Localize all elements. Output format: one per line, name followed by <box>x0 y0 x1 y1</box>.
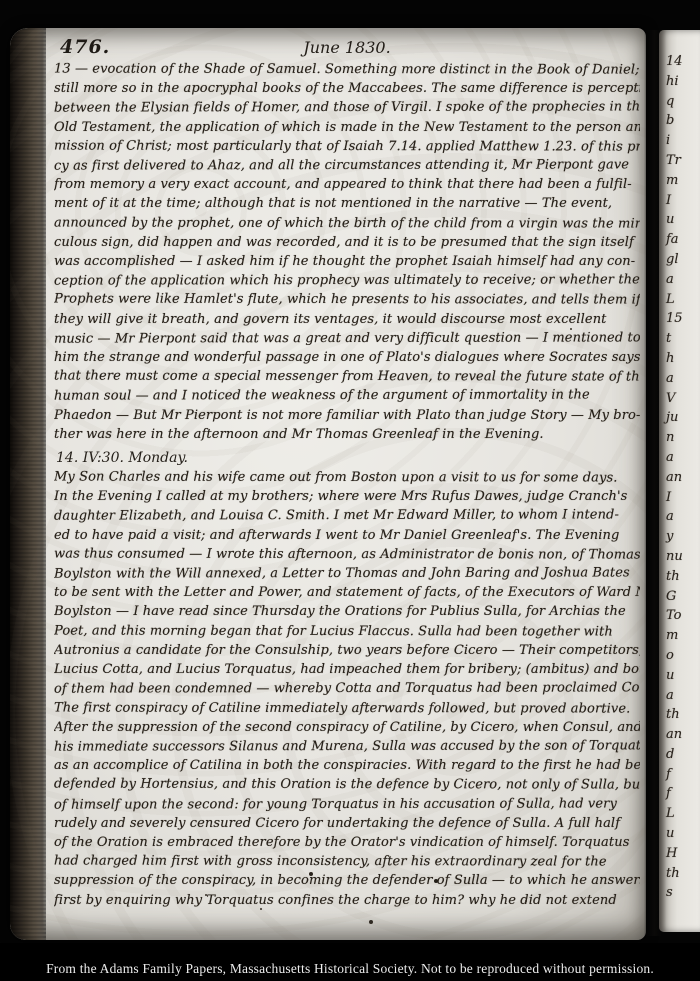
manuscript-line: was thus consumed — I wrote this afterno… <box>54 544 640 564</box>
facing-page-fragment: a <box>666 686 700 706</box>
facing-page-fragment: s <box>666 883 700 903</box>
facing-page-fragment: ju <box>666 408 700 428</box>
diary-entry-june-14: 14. IV:30. Monday. My Son Charles and hi… <box>54 450 640 910</box>
facing-page-fragment: fa <box>666 230 700 250</box>
manuscript-line: first by enquiring why Torquatus confine… <box>54 891 640 910</box>
manuscript-line: culous sign, did happen and was recorded… <box>54 233 640 252</box>
facing-page-fragment: a <box>666 369 700 389</box>
manuscript-line: Autronius a candidate for the Consulship… <box>54 641 640 660</box>
facing-page-fragment: i <box>666 131 700 151</box>
facing-page-fragment: 14 <box>666 52 700 72</box>
header-date: June 1830. <box>54 34 640 57</box>
manuscript-line: daughter Elizabeth, and Louisa C. Smith.… <box>54 506 640 526</box>
facing-page-edge: 14hiqbiTrmIufaglaL15thaVjunaanIaynuthGTo… <box>659 30 700 932</box>
manuscript-line: Prophets were like Hamlet's flute, which… <box>54 290 640 310</box>
manuscript-line: of the Oration is embraced therefore by … <box>54 833 640 852</box>
facing-page-fragment: an <box>666 468 700 488</box>
facing-page-fragment: G <box>666 587 700 607</box>
manuscript-line: In the Evening I called at my brothers; … <box>54 487 640 506</box>
manuscript-line: Phaedon — But Mr Pierpont is not more fa… <box>54 406 640 425</box>
attribution-text: From the Adams Family Papers, Massachuse… <box>46 961 654 977</box>
manuscript-line: of himself upon the second: for young To… <box>54 794 640 814</box>
manuscript-page: 476. June 1830. 13 — evocation of the Sh… <box>10 28 646 940</box>
manuscript-line: The first conspiracy of Catiline immedia… <box>54 698 640 718</box>
manuscript-line: him the strange and wonderful passage in… <box>54 348 640 367</box>
binding-edge <box>10 28 46 940</box>
manuscript-line: human soul — and I noticed the weakness … <box>54 386 640 406</box>
facing-page-fragment: a <box>666 270 700 290</box>
facing-page-fragment: th <box>666 705 700 725</box>
facing-page-fragment: b <box>666 111 700 131</box>
facing-page-fragment: u <box>666 824 700 844</box>
diary-entry-june-13: 13 — evocation of the Shade of Samuel. S… <box>54 60 640 444</box>
facing-page-fragment: an <box>666 725 700 745</box>
manuscript-line: suppression of the conspiracy, in becomi… <box>54 871 640 890</box>
manuscript-line: music — Mr Pierpont said that was a grea… <box>54 328 640 348</box>
manuscript-line: defended by Hortensius, and this Oration… <box>54 775 640 795</box>
scan-viewport: 476. June 1830. 13 — evocation of the Sh… <box>0 0 700 981</box>
facing-page-fragment: H <box>666 844 700 864</box>
entry-heading: 14. IV:30. Monday. <box>56 450 640 466</box>
manuscript-line: between the Elysian fields of Homer, and… <box>54 98 640 118</box>
manuscript-line: ment of it at the time; although that is… <box>54 194 640 213</box>
facing-page-fragment: I <box>666 191 700 211</box>
manuscript-line: 13 — evocation of the Shade of Samuel. S… <box>54 59 640 79</box>
manuscript-line: ed to have paid a visit; and afterwards … <box>54 526 640 545</box>
facing-page-fragment: a <box>666 507 700 527</box>
facing-page-fragment: u <box>666 210 700 230</box>
manuscript-line: from memory a very exact account, and ap… <box>54 175 640 194</box>
facing-page-fragment: hi <box>666 72 700 92</box>
facing-page-fragment: Tr <box>666 151 700 171</box>
facing-page-fragment: n <box>666 428 700 448</box>
manuscript-line: mission of Christ; most particularly tha… <box>54 136 640 156</box>
entry-lines: 13 — evocation of the Shade of Samuel. S… <box>54 60 640 444</box>
manuscript-line: his immediate successors Silanus and Mur… <box>54 736 640 756</box>
manuscript-line: that there must come a special messenger… <box>54 367 640 387</box>
scan-speckles <box>10 28 12 30</box>
facing-page-fragment: q <box>666 92 700 112</box>
facing-page-fragment: m <box>666 626 700 646</box>
facing-page-fragment: t <box>666 329 700 349</box>
manuscript-line: had charged him first with gross inconsi… <box>54 852 640 872</box>
manuscript-line: of them had been condemned — whereby Cot… <box>54 679 640 699</box>
manuscript-line: announced by the prophet, one of which t… <box>54 213 640 233</box>
manuscript-line: was accomplished — I asked him if he tho… <box>54 252 640 271</box>
manuscript-line: they will give it breath, and govern its… <box>54 310 640 329</box>
manuscript-line: cy as first delivered to Ahaz, and all t… <box>54 155 640 175</box>
facing-page-fragment: nu <box>666 547 700 567</box>
manuscript-line: ther was here in the afternoon and Mr Th… <box>54 425 640 444</box>
manuscript-line: as an accomplice of Catilina in both the… <box>54 756 640 775</box>
manuscript-line: After the suppression of the second cons… <box>54 718 640 737</box>
manuscript-line: My Son Charles and his wife came out fro… <box>54 468 640 488</box>
facing-page-fragments: 14hiqbiTrmIufaglaL15thaVjunaanIaynuthGTo… <box>659 30 700 903</box>
facing-page-fragment: u <box>666 666 700 686</box>
facing-page-fragment: f <box>666 765 700 785</box>
facing-page-fragment: m <box>666 171 700 191</box>
facing-page-fragment: L <box>666 804 700 824</box>
facing-page-fragment: th <box>666 864 700 884</box>
manuscript-line: Old Testament, the application of which … <box>54 118 640 137</box>
facing-page-fragment: I <box>666 488 700 508</box>
manuscript-line: Boylston with the Will annexed, a Letter… <box>54 563 640 583</box>
facing-page-fragment: V <box>666 389 700 409</box>
manuscript-line: ception of the application which his pro… <box>54 271 640 291</box>
facing-page-fragment: gl <box>666 250 700 270</box>
facing-page-fragment: To <box>666 606 700 626</box>
facing-page-fragment: 15 <box>666 309 700 329</box>
facing-page-fragment: a <box>666 448 700 468</box>
facing-page-fragment: th <box>666 567 700 587</box>
facing-page-fragment: L <box>666 290 700 310</box>
page-content: 476. June 1830. 13 — evocation of the Sh… <box>54 34 640 936</box>
manuscript-line: still more so in the apocryphal books of… <box>54 79 640 98</box>
manuscript-line: to be sent with the Letter and Power, an… <box>54 583 640 602</box>
facing-page-fragment: y <box>666 527 700 547</box>
manuscript-line: Poet, and this morning began that for Lu… <box>54 621 640 641</box>
page-header: 476. June 1830. <box>54 34 640 60</box>
manuscript-line: rudely and severely censured Cicero for … <box>54 814 640 833</box>
facing-page-fragment: f <box>666 784 700 804</box>
facing-page-fragment: h <box>666 349 700 369</box>
facing-page-fragment: d <box>666 745 700 765</box>
page-number: 476. <box>60 36 110 58</box>
entry-lines: My Son Charles and his wife came out fro… <box>54 468 640 910</box>
attribution-bar: From the Adams Family Papers, Massachuse… <box>0 943 700 981</box>
facing-page-fragment: o <box>666 646 700 666</box>
manuscript-line: Lucius Cotta, and Lucius Torquatus, had … <box>54 660 640 679</box>
manuscript-line: Boylston — I have read since Thursday th… <box>54 602 640 621</box>
